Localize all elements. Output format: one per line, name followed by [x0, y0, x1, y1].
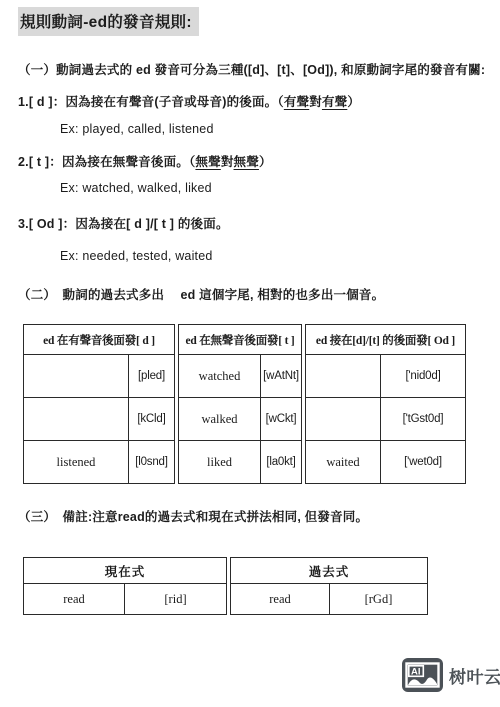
read-tense-table: 現在式 read [rid] 過去式 read [rGd] [23, 557, 428, 615]
table-cell: [rGd] [330, 584, 428, 615]
table-cell [306, 398, 381, 441]
rule-1-text: 因為接在有聲音(子音或母音)的後面。（ [65, 95, 283, 109]
past-tense-header: 過去式 [231, 558, 428, 584]
rule-1-underline-2: 有聲 [322, 95, 347, 109]
group-t-header: ed 在無聲音後面發[ t ] [179, 325, 302, 355]
table-cell: read [24, 584, 125, 615]
svg-text:AI: AI [411, 667, 421, 678]
rule-3-label: 3.[ Od ]： [18, 217, 75, 231]
table-cell: read [231, 584, 330, 615]
table-cell: walked [179, 398, 261, 441]
watermark-brand-text: 树叶云 [449, 663, 500, 688]
rule-3-text: 因為接在[ d ]/[ t ] 的後面。 [75, 217, 228, 231]
table-cell: listened [24, 441, 129, 484]
pronunciation-table-group-d: ed 在有聲音後面發[ d ] [pled] [kCld] listened [… [23, 324, 175, 484]
table-cell: [kCld] [129, 398, 175, 441]
past-tense-group: 過去式 read [rGd] [230, 557, 428, 615]
section1-heading: （一）動詞過去式的 ed 發音可分為三種([d]、[t]、[Od]), 和原動詞… [18, 60, 485, 78]
table-cell: [rid] [125, 584, 227, 615]
table-cell: watched [179, 355, 261, 398]
document-page: { "page": { "title": "規則動詞-ed的發音規則:" }, … [0, 0, 500, 707]
rule-1-label: 1.[ d ]： [18, 95, 65, 109]
pronunciation-table-group-od: ed 接在[d]/[t] 的後面發[ Od ] ['nid0d] ['tGst0… [305, 324, 466, 484]
table-cell: ['nid0d] [381, 355, 466, 398]
rule-item-3: 3.[ Od ]：因為接在[ d ]/[ t ] 的後面。 [18, 214, 229, 232]
table-cell: [l0snd] [129, 441, 175, 484]
rule-2-close: ） [259, 155, 272, 169]
table-cell: ['tGst0d] [381, 398, 466, 441]
rule-1-close: ） [347, 95, 360, 109]
pronunciation-table-group-t: ed 在無聲音後面發[ t ] watched [wAtNt] walked [… [178, 324, 302, 484]
present-tense-header: 現在式 [24, 558, 227, 584]
rule-item-1: 1.[ d ]：因為接在有聲音(子音或母音)的後面。（有聲對有聲） [18, 92, 360, 110]
rule-2-underline-2: 無聲 [234, 155, 259, 169]
group-od-header: ed 接在[d]/[t] 的後面發[ Od ] [306, 325, 466, 355]
table-cell: liked [179, 441, 261, 484]
rule-item-2: 2.[ t ]：因為接在無聲音後面。（無聲對無聲） [18, 152, 272, 170]
table-cell [24, 398, 129, 441]
rule-2-mid: 對 [221, 155, 234, 169]
table-cell: waited [306, 441, 381, 484]
rule-2-example: Ex: watched, walked, liked [60, 181, 212, 195]
rule-2-label: 2.[ t ]： [18, 155, 62, 169]
table-cell [306, 355, 381, 398]
rule-1-underline-1: 有聲 [284, 95, 309, 109]
shuyeyun-logo-icon: AI [402, 658, 443, 692]
table-cell: [wCkt] [261, 398, 302, 441]
section2-heading: （二） 動詞的過去式多出 ed 這個字尾, 相對的也多出一個音。 [18, 285, 384, 303]
rule-2-underline-1: 無聲 [195, 155, 220, 169]
group-d-header: ed 在有聲音後面發[ d ] [24, 325, 175, 355]
table-cell: ['wet0d] [381, 441, 466, 484]
pronunciation-table: ed 在有聲音後面發[ d ] [pled] [kCld] listened [… [23, 324, 466, 484]
rule-1-example: Ex: played, called, listened [60, 122, 214, 136]
table-cell [24, 355, 129, 398]
rule-3-example: Ex: needed, tested, waited [60, 249, 213, 263]
rule-1-mid: 對 [309, 95, 322, 109]
table-cell: [pled] [129, 355, 175, 398]
rule-2-text: 因為接在無聲音後面。（ [62, 155, 195, 169]
watermark: AI 树叶云 [402, 658, 500, 692]
section3-heading: （三） 備註:注意read的過去式和現在式拼法相同, 但發音同。 [18, 507, 368, 525]
table-cell: [wAtNt] [261, 355, 302, 398]
page-title: 規則動詞-ed的發音規則: [18, 7, 199, 36]
table-cell: [la0kt] [261, 441, 302, 484]
present-tense-group: 現在式 read [rid] [23, 557, 227, 615]
